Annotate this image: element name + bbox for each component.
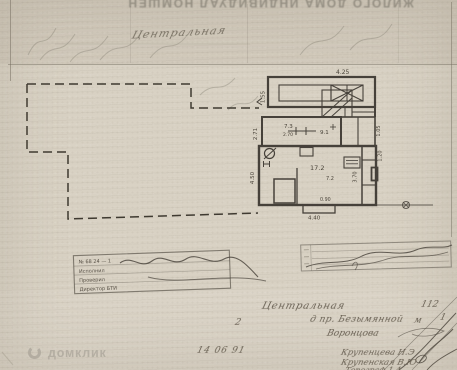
building-walls [257,77,378,213]
domclick-logo-icon [27,345,42,360]
stove [274,179,295,203]
scanned-plan-page: жилого дома индивидуал номшен Центральна… [0,0,457,370]
watermark-label: домклик [48,346,107,360]
footer-owner-line: д пр. Безымянной [309,315,404,325]
watermark: домклик [27,345,107,360]
stamp-left-row3: Проверил [79,277,105,284]
dim-right-lower: 3.70 [353,171,359,182]
fixture-mark [264,161,270,167]
footer-name1: Крупенцева Н.Э [340,348,416,358]
stamp-left-signature [120,257,258,277]
dim-mid-left: 2.71 [253,128,259,140]
porch-inner [279,85,331,101]
parcel-boundary [27,84,259,219]
bath-symbol [344,157,360,168]
dim-veranda-left: 1.55 [261,90,267,103]
page-rule-lines [8,0,457,237]
stamp-left-row2: Исполнил [79,268,105,275]
dim-top: 4.25 [336,69,350,76]
room-main-area: 17.2 [310,164,324,172]
room-mid-left-area: 7.3 [284,124,293,130]
stamp-left-row1: № 68 24 — 1 [79,258,112,265]
bleedthrough-scribbles [2,24,392,365]
dim-corridor-right: 1.05 [376,125,382,136]
footer-street-name: Центральная [261,301,347,312]
footer-house-number: 112 [420,300,440,310]
footer-date: 14 06 91 [196,346,247,356]
footer-owner-line2: Воронцова [326,329,380,339]
dim-step-bottom: 4.40 [308,216,321,222]
dim-right-upper: 1.20 [378,150,384,161]
door-symbol [300,148,313,157]
room-main-note: 7.2 [326,176,334,182]
room-mid-right-area: 9.1 [320,130,329,136]
room-mid-left-note: 2.70 [283,132,293,138]
right-wall-window [372,168,378,181]
survey-baseline [376,202,433,209]
dim-main-left: 4.50 [250,171,256,184]
dim-step-top: 0.90 [320,197,331,203]
footer-name3: Топограф 1 4 [344,366,402,370]
stamp-left: № 68 24 — 1 Исполнил Проверил Директор Б… [73,250,230,293]
